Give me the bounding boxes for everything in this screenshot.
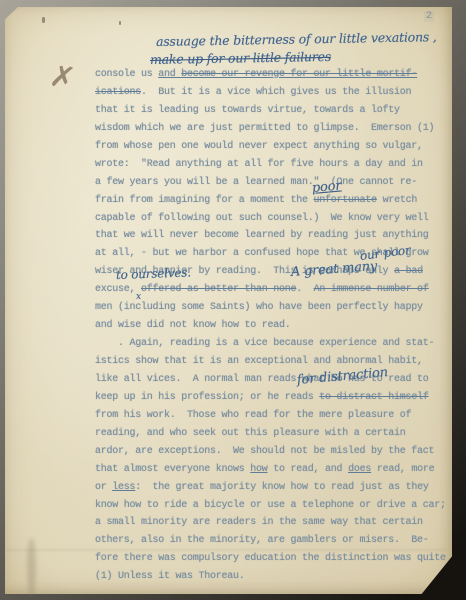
typescript-text: at all, - but we harbor a confused hope … [95,248,429,259]
typescript-text: that it is leading us towards virtue, to… [95,105,400,116]
typescript-edited-text: offered as better than none [141,284,296,295]
typescript-line: or less: the great majority know how to … [95,479,446,497]
typescript-line: wiser and happier by reading. This is pe… [95,263,446,281]
typescript-text: frain from imagining for a moment the [95,195,314,206]
typescript-line: from his work. Those who read for the me… [95,407,446,425]
typescript-text: istics show that it is an exceptional an… [95,356,423,367]
typescript-line: at all, - but we harbor a confused hope … [95,245,446,263]
typescript-line: that almost everyone knows how to read, … [95,461,446,479]
typescript-edited-text: does [348,464,371,475]
typescript-line: keep up in his profession; or he reads t… [95,389,446,407]
typescript-text: capable of following out such counsel.) … [95,213,429,224]
typescript-text: read, more [371,464,434,475]
typescript-text: and wise did not know how to read. [95,320,291,331]
typescript-text: to read, and [268,464,349,475]
typescript-line: that it is leading us towards virtue, to… [95,102,446,120]
typescript-edited-text: a bad [394,266,423,277]
typescript-edited-text: to distract himself [319,392,428,403]
paper-speck [119,21,121,25]
typescript-line: like all vices. A normal man reads what … [95,371,446,389]
typescript-text: keep up in his profession; or he reads [95,392,319,403]
typescript-line: (1) Unless it was Thoreau. [95,568,446,586]
typescript-line: men (including some Saints) who have bee… [95,299,446,317]
typescript-line: a few years you will be a learned man." … [95,174,446,192]
typescript: console us and become our revenge for ou… [95,66,446,586]
typescript-line: wrote: "Read anything at all for five ho… [95,156,446,174]
typescript-text: (1) Unless it was Thoreau. [95,571,245,582]
typescript-line: frain from imagining for a moment the un… [95,192,446,210]
typescript-text: that almost everyone knows [95,464,250,475]
paper-stain [27,538,36,596]
typescript-text: like all vices. A normal man reads what … [95,374,429,385]
typescript-text: a small minority are readers in the same… [95,517,423,528]
typescript-text: . Again, reading is a vice because exper… [95,338,434,349]
typescript-edited-text: unfortunate [314,195,377,206]
typescript-text: wrote: "Read anything at all for five ho… [95,159,423,170]
typescript-edited-text: An immense number of [314,284,429,295]
typescript-text: wiser and happier by reading. This is pe… [95,266,394,277]
typescript-edited-text: and [158,69,181,80]
typescript-text: that we will never become learned by rea… [95,230,429,241]
typescript-line: console us and become our revenge for ou… [95,66,446,84]
typescript-text: wretch [377,195,417,206]
typescript-line: that we will never become learned by rea… [95,227,446,245]
typescript-text: console us [95,69,158,80]
typescript-text: excuse, [95,284,141,295]
typescript-text: a few years you will be a learned man." … [95,177,417,188]
typescript-edited-text: ications [95,87,141,98]
typescript-line: ications. But it is a vice which gives u… [95,84,446,102]
typescript-edited-text: how [250,464,267,475]
typescript-line: excuse, offered as better than none. An … [95,281,446,299]
typescript-text: . But it is a vice which gives us the il… [141,87,411,98]
typescript-text: . [296,284,313,295]
typescript-text: know how to ride a bicycle or use a tele… [95,500,446,511]
typescript-line: reading, and who seek out this pleasure … [95,425,446,443]
typescript-line: wisdom which we are just permitted to gl… [95,120,446,138]
typescript-text: ardor, are exceptions. We should not be … [95,446,434,457]
typescript-line: ardor, are exceptions. We should not be … [95,443,446,461]
paper-speck [42,17,45,23]
typescript-text: men (including some Saints) who have bee… [95,302,423,313]
typescript-line: others, also in the minority, are gamble… [95,532,446,550]
typescript-line: know how to ride a bicycle or use a tele… [95,497,446,515]
typescript-text: or [95,482,112,493]
typescript-text: from his work. Those who read for the me… [95,410,411,421]
typescript-text: : the great majority know how to read ju… [135,482,428,493]
typescript-line: capable of following out such counsel.) … [95,210,446,228]
typescript-line: a small minority are readers in the same… [95,514,446,532]
typescript-line: istics show that it is an exceptional an… [95,353,446,371]
typescript-line: and wise did not know how to read. [95,317,446,335]
typescript-edited-text: become our revenge for our little mortif… [181,69,417,80]
typescript-text: others, also in the minority, are gamble… [95,535,429,546]
typescript-edited-text: less [112,482,135,493]
typescript-line: fore there was compulsory education the … [95,550,446,568]
typescript-text: wisdom which we are just permitted to gl… [95,123,434,134]
typescript-line: from whose pen one would never expect an… [95,138,446,156]
typescript-text: fore there was compulsory education the … [95,553,446,564]
typescript-text: from whose pen one would never expect an… [95,141,423,152]
typescript-text: reading, and who seek out this pleasure … [95,428,406,439]
typescript-line: . Again, reading is a vice because exper… [95,335,446,353]
